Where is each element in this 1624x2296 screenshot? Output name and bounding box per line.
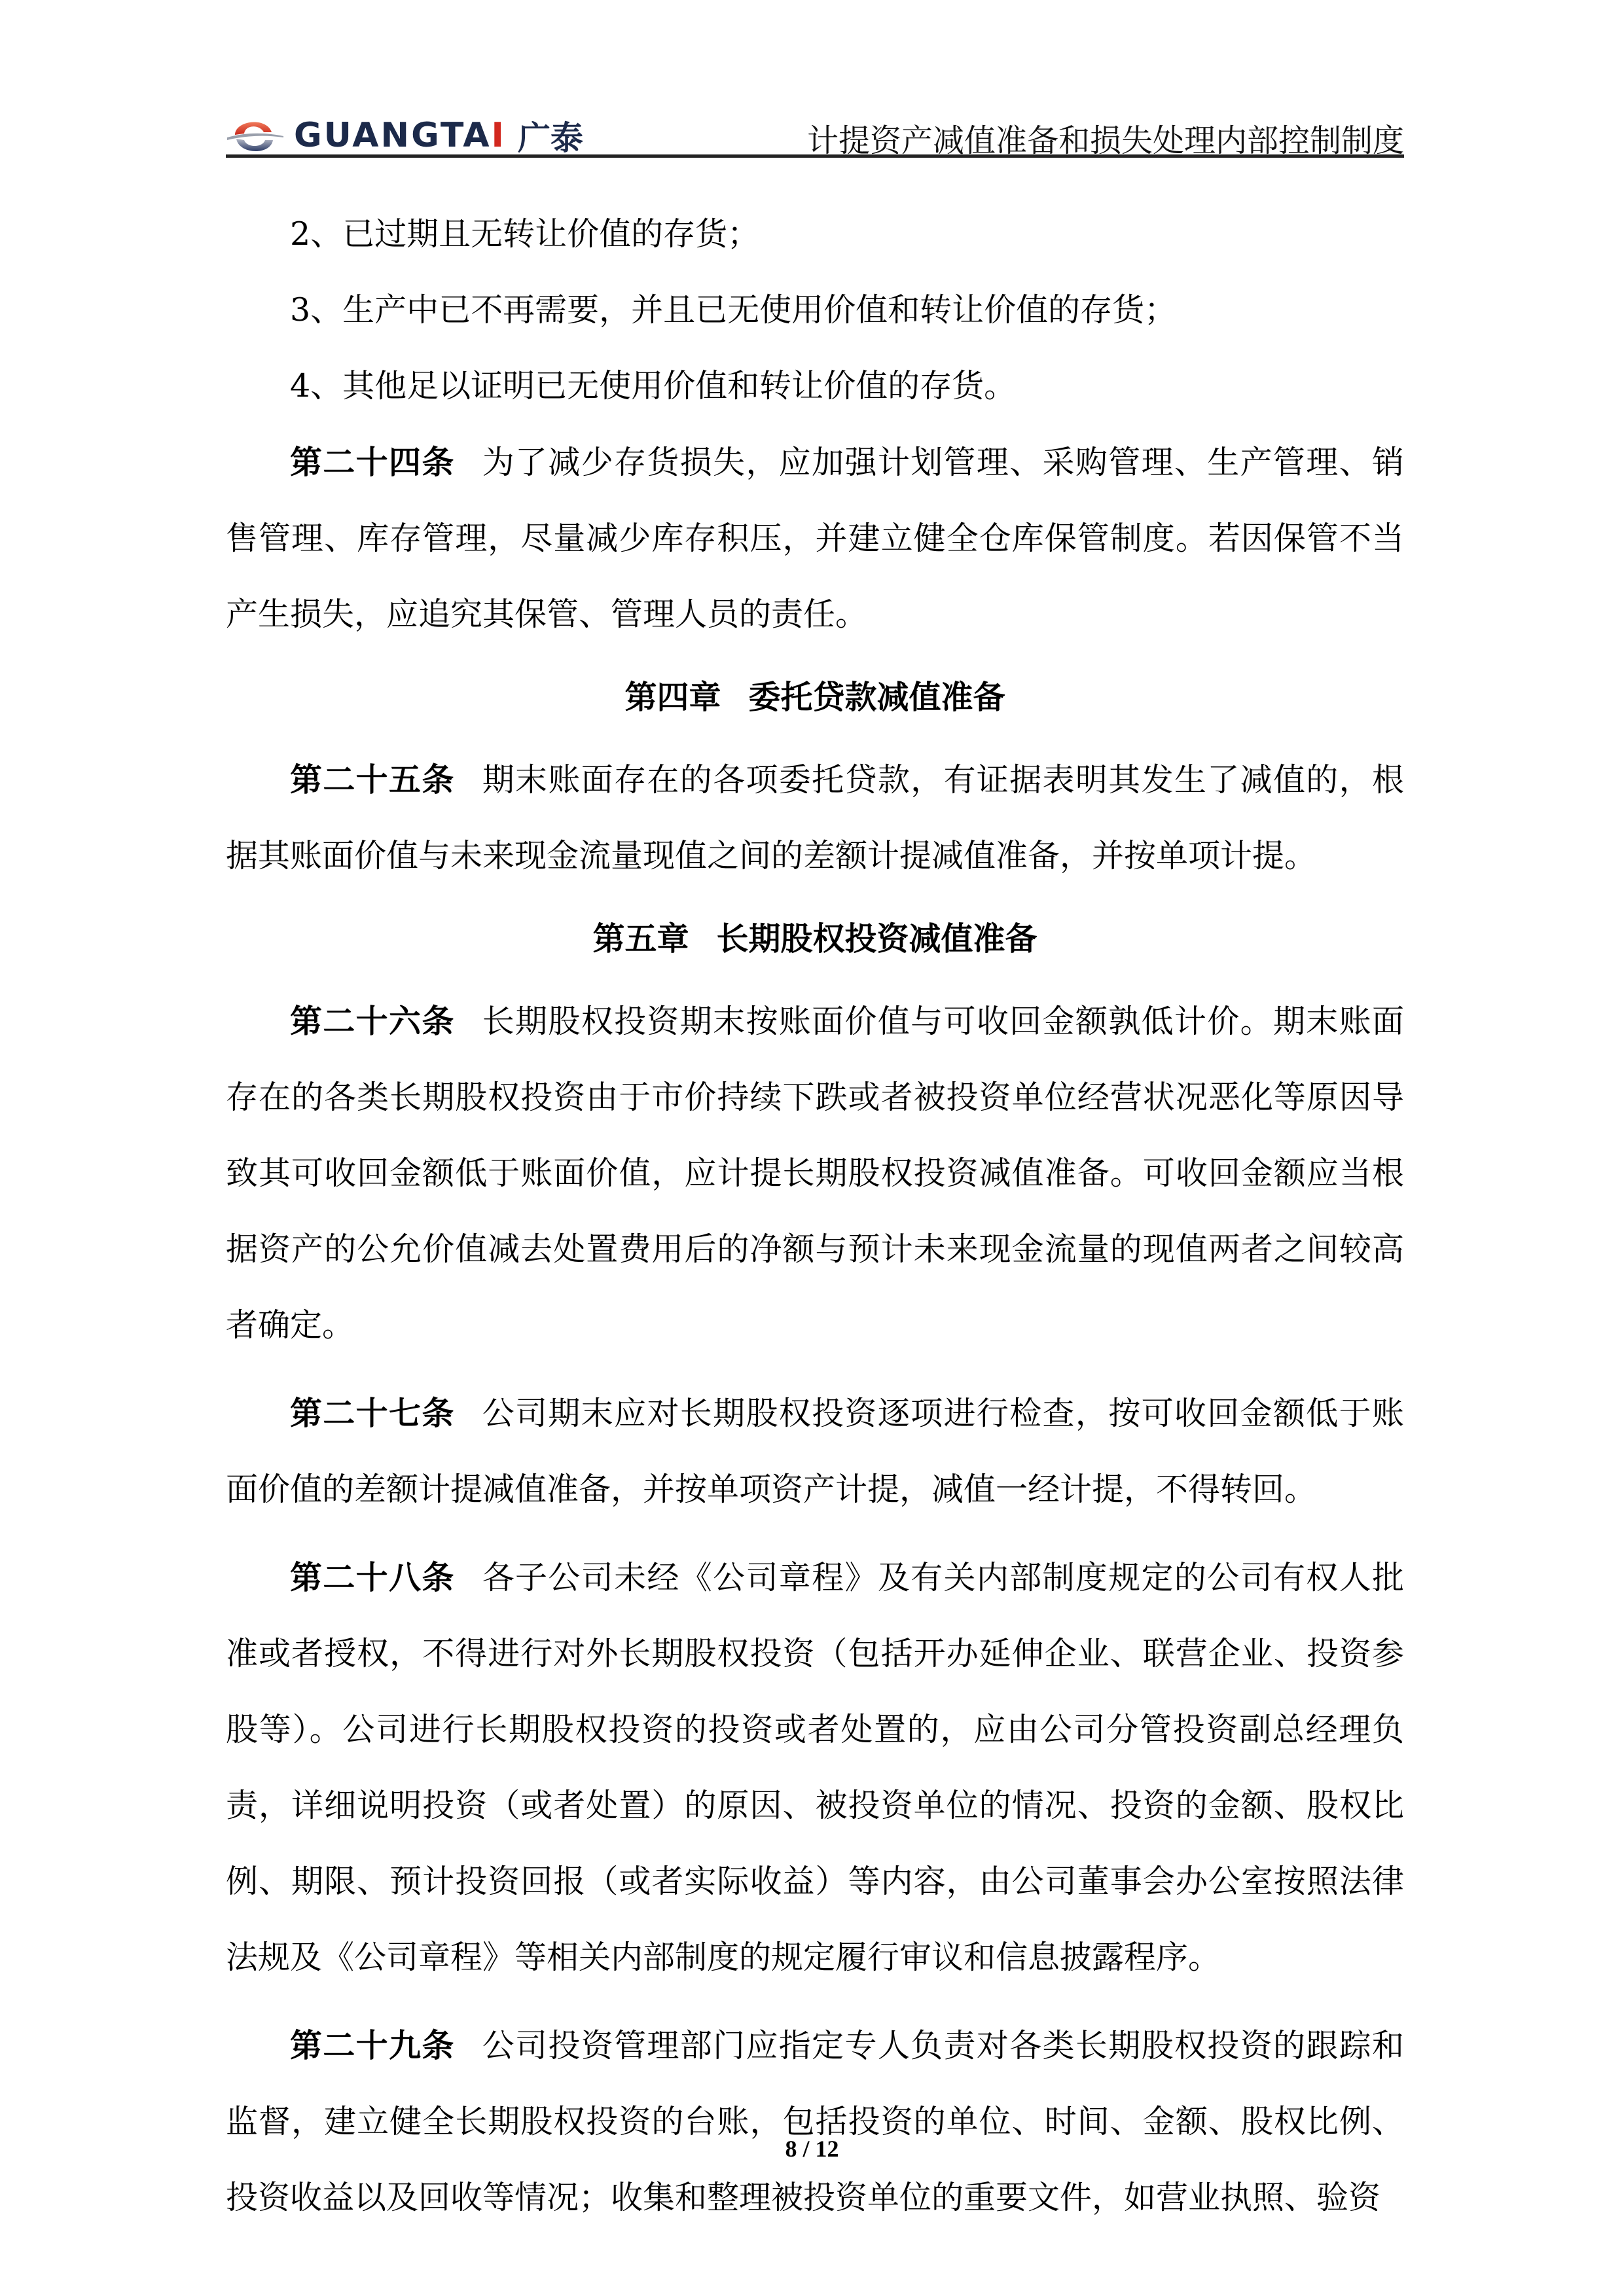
chapter-heading-5: 第五章长期股权投资减值准备 bbox=[226, 901, 1404, 977]
logo-chinese-name: 广泰 bbox=[518, 112, 583, 159]
chapter-number: 第五章 bbox=[592, 920, 689, 958]
document-body: 2、已过期且无转让价值的存货； 3、生产中已不再需要，并且已无使用价值和转让价值… bbox=[226, 196, 1404, 2236]
list-item: 3、生产中已不再需要，并且已无使用价值和转让价值的存货； bbox=[226, 272, 1404, 348]
article-label: 第二十七条 bbox=[290, 1394, 455, 1432]
guangtai-emblem-icon bbox=[226, 115, 285, 156]
page-header: GUANGTAI 广泰 计提资产减值准备和损失处理内部控制制度 bbox=[226, 105, 1404, 158]
header-divider bbox=[226, 154, 1404, 158]
chapter-title: 委托贷款减值准备 bbox=[749, 678, 1005, 716]
article-label: 第二十九条 bbox=[290, 2026, 455, 2064]
list-item: 2、已过期且无转让价值的存货； bbox=[226, 196, 1404, 272]
company-logo: GUANGTAI 广泰 bbox=[226, 113, 583, 158]
article-text: 各子公司未经《公司章程》及有关内部制度规定的公司有权人批准或者授权，不得进行对外… bbox=[226, 1559, 1404, 1976]
article-label: 第二十四条 bbox=[290, 443, 455, 481]
article-28: 第二十八条各子公司未经《公司章程》及有关内部制度规定的公司有权人批准或者授权，不… bbox=[226, 1539, 1404, 1996]
article-label: 第二十六条 bbox=[290, 1002, 455, 1040]
article-text: 长期股权投资期末按账面价值与可收回金额孰低计价。期末账面存在的各类长期股权投资由… bbox=[226, 1003, 1404, 1344]
article-24: 第二十四条为了减少存货损失，应加强计划管理、采购管理、生产管理、销售管理、库存管… bbox=[226, 424, 1404, 653]
article-label: 第二十五条 bbox=[290, 761, 455, 798]
chapter-number: 第四章 bbox=[624, 678, 721, 716]
article-27: 第二十七条公司期末应对长期股权投资逐项进行检查，按可收回金额低于账面价值的差额计… bbox=[226, 1375, 1404, 1528]
list-item: 4、其他足以证明已无使用价值和转让价值的存货。 bbox=[226, 348, 1404, 424]
page-number: 8 / 12 bbox=[0, 2135, 1624, 2162]
logo-wordmark: GUANGTAI bbox=[294, 116, 506, 155]
article-29: 第二十九条公司投资管理部门应指定专人负责对各类长期股权投资的跟踪和监督，建立健全… bbox=[226, 2007, 1404, 2236]
article-25: 第二十五条期末账面存在的各项委托贷款，有证据表明其发生了减值的，根据其账面价值与… bbox=[226, 742, 1404, 894]
chapter-heading-4: 第四章委托贷款减值准备 bbox=[226, 659, 1404, 735]
article-26: 第二十六条长期股权投资期末按账面价值与可收回金额孰低计价。期末账面存在的各类长期… bbox=[226, 983, 1404, 1363]
chapter-title: 长期股权投资减值准备 bbox=[717, 920, 1038, 958]
article-label: 第二十八条 bbox=[290, 1558, 455, 1596]
document-title: 计提资产减值准备和损失处理内部控制制度 bbox=[807, 115, 1404, 160]
